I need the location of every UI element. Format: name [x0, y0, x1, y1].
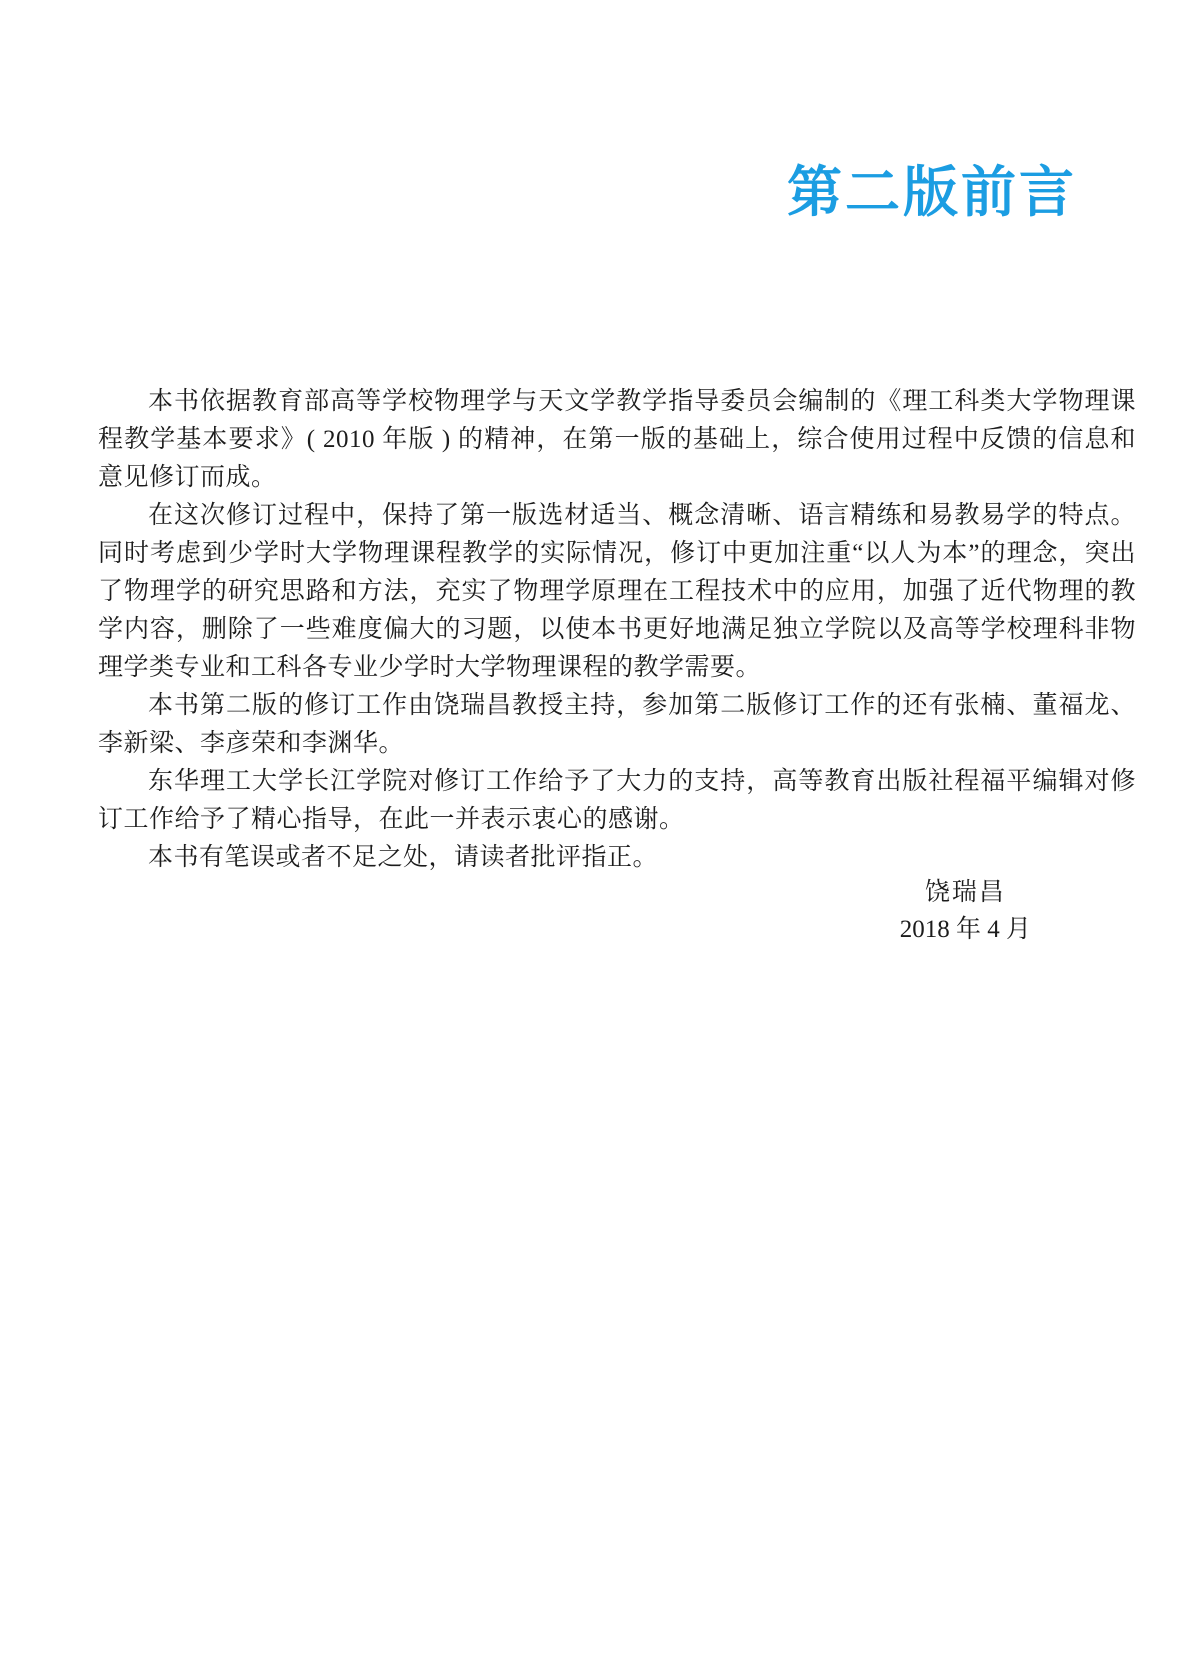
signature-block: 饶瑞昌 2018 年 4 月	[900, 874, 1031, 948]
preface-paragraph: 在这次修订过程中，保持了第一版选材适当、概念清晰、语言精练和易教易学的特点。同时…	[98, 497, 1136, 687]
preface-body: 本书依据教育部高等学校物理学与天文学教学指导委员会编制的《理工科类大学物理课程教…	[98, 383, 1136, 877]
preface-paragraph: 本书第二版的修订工作由饶瑞昌教授主持，参加第二版修订工作的还有张楠、董福龙、李新…	[98, 687, 1136, 763]
preface-page: 第二版前言 本书依据教育部高等学校物理学与天文学教学指导委员会编制的《理工科类大…	[0, 0, 1203, 1675]
preface-paragraph: 本书依据教育部高等学校物理学与天文学教学指导委员会编制的《理工科类大学物理课程教…	[98, 383, 1136, 497]
page-title: 第二版前言	[787, 163, 1077, 224]
signature-author: 饶瑞昌	[900, 874, 1031, 911]
preface-paragraph: 本书有笔误或者不足之处，请读者批评指正。	[98, 839, 1136, 877]
preface-paragraph: 东华理工大学长江学院对修订工作给予了大力的支持，高等教育出版社程福平编辑对修订工…	[98, 763, 1136, 839]
signature-date: 2018 年 4 月	[900, 911, 1031, 948]
